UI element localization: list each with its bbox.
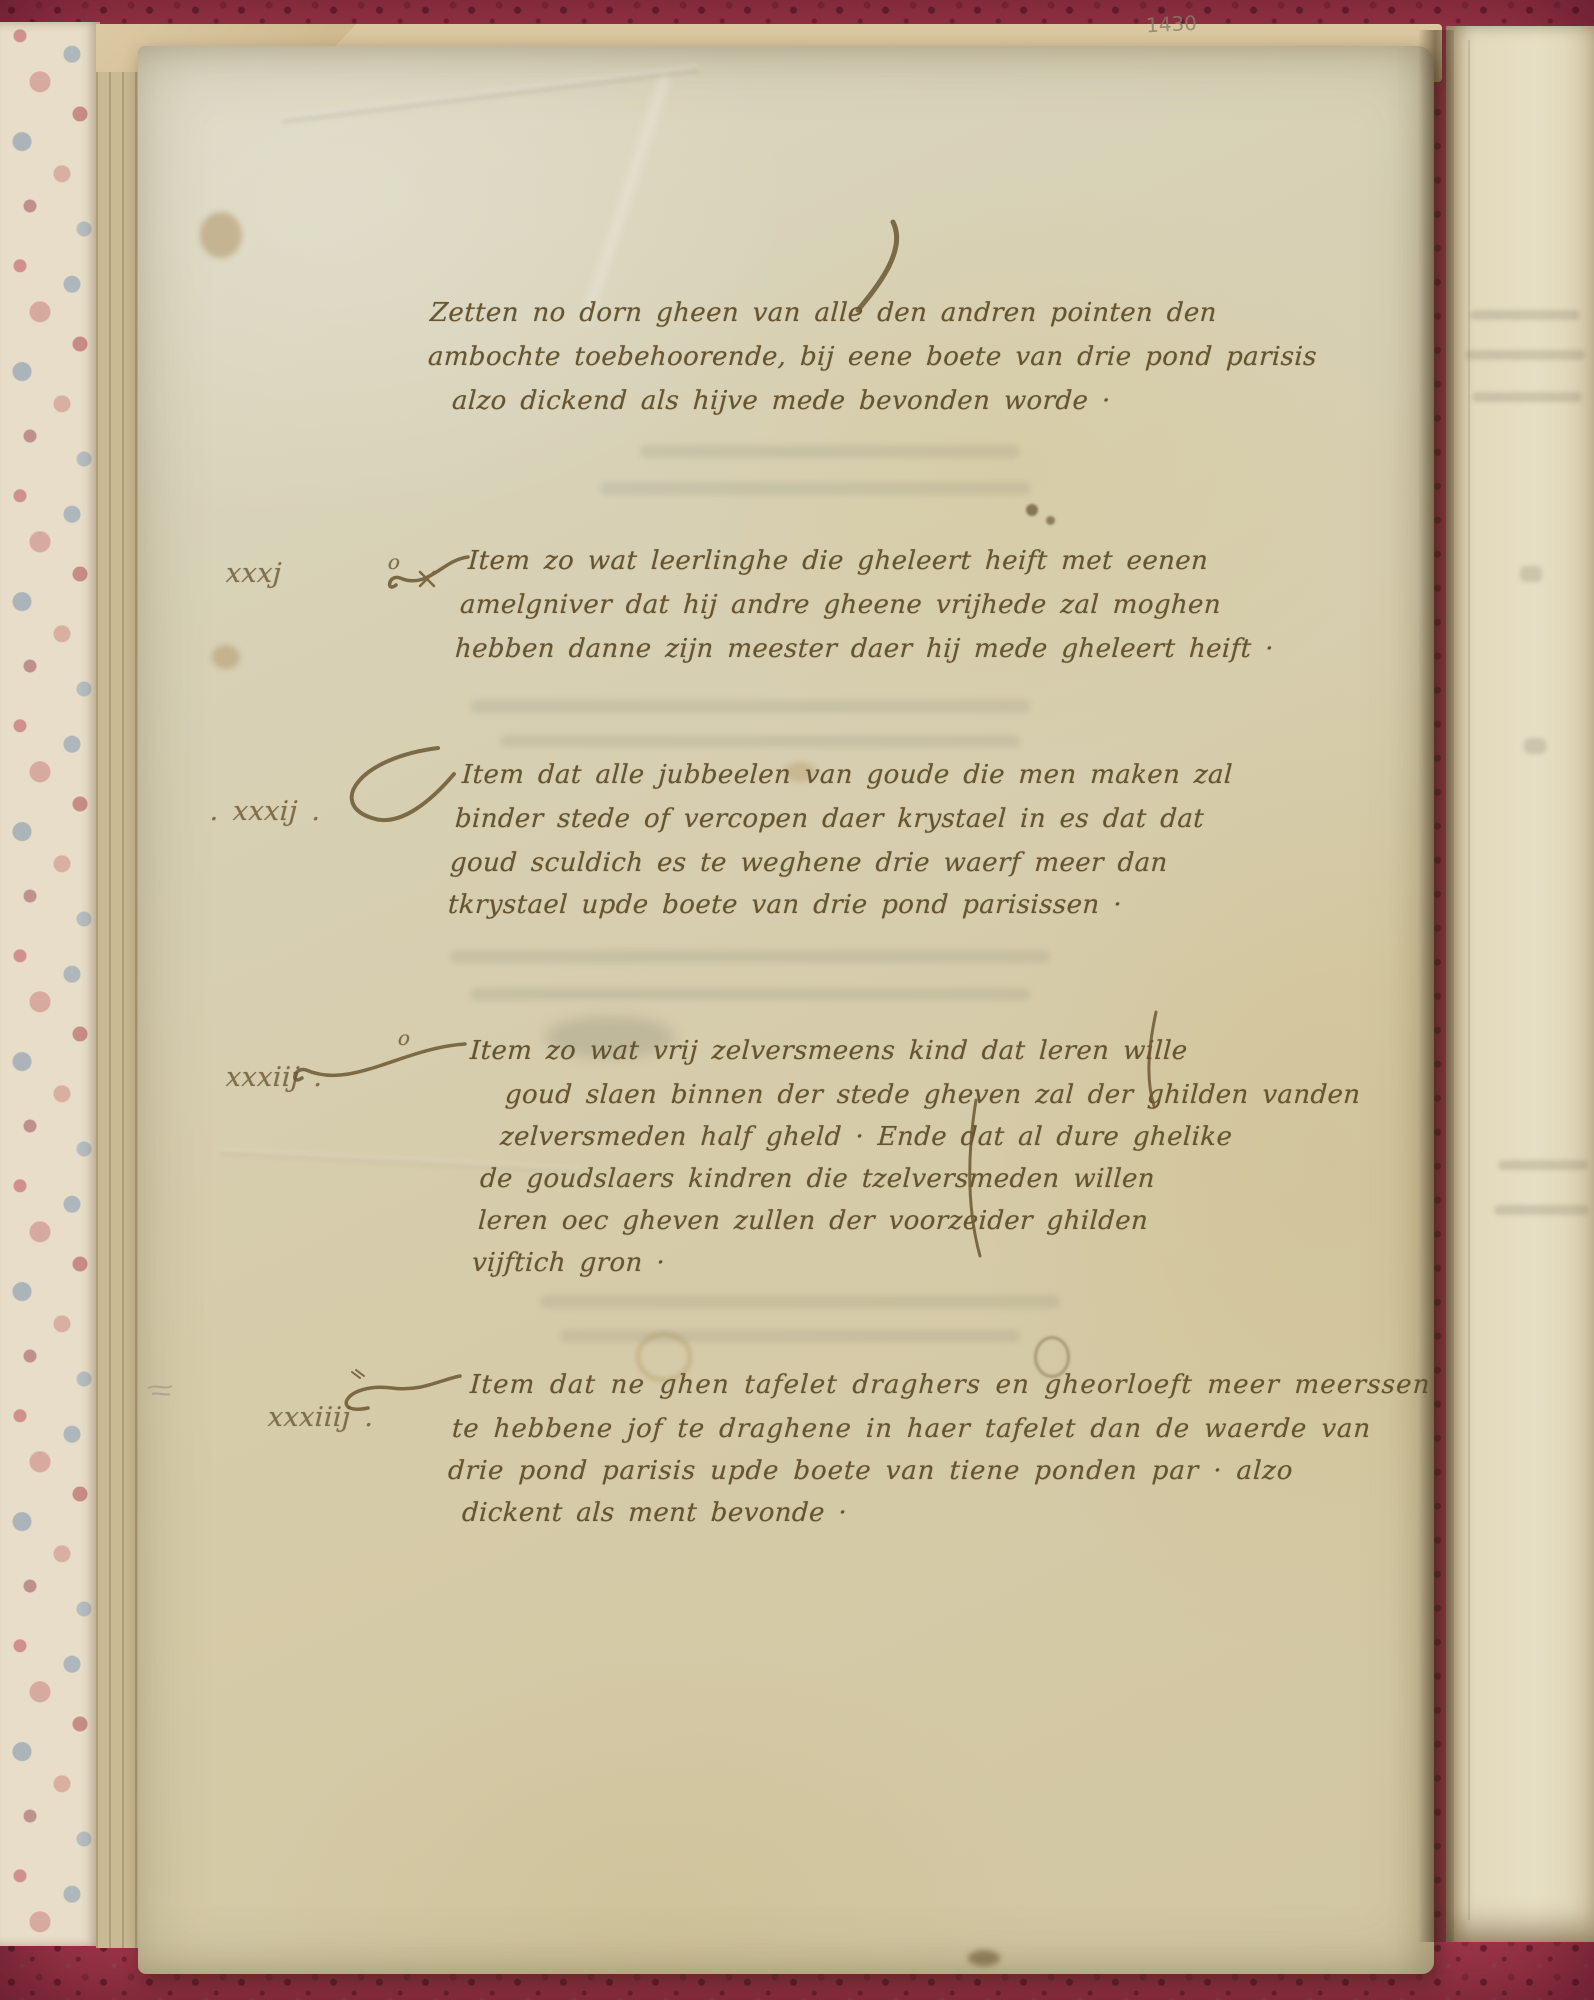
- manuscript-line: ambochte toebehoorende, bij eene boete v…: [427, 342, 1317, 372]
- showthrough-line: [640, 445, 1020, 458]
- manuscript-line: Item zo wat leerlinghe die gheleert heif…: [467, 546, 1209, 576]
- margin-item-number: xxxiij .: [225, 1062, 323, 1093]
- facing-page-mark: [1524, 738, 1546, 754]
- facing-page-crease: [1468, 40, 1470, 1920]
- facing-page-showthrough: [1494, 1205, 1589, 1215]
- gutter-shadow: [1418, 30, 1454, 1942]
- showthrough-line: [450, 950, 1050, 963]
- showthrough-line: [470, 988, 1030, 1000]
- manuscript-line: goud sculdich es te weghene drie waerf m…: [449, 848, 1168, 878]
- parchment-stain: [200, 212, 242, 258]
- parchment-page: [138, 46, 1434, 1974]
- facing-page-showthrough: [1498, 1160, 1588, 1170]
- folio-number: 1430: [1145, 11, 1197, 38]
- facing-page-showthrough: [1472, 392, 1582, 402]
- manuscript-line: Item zo wat vrij zelversmeens kind dat l…: [469, 1036, 1188, 1066]
- showthrough-line: [470, 700, 1030, 713]
- facing-page-mark: [1520, 566, 1542, 582]
- manuscript-line: goud slaen binnen der stede gheven zal d…: [504, 1080, 1361, 1110]
- showthrough-line: [540, 1295, 1060, 1308]
- margin-item-number: xxxiiij .: [267, 1402, 374, 1433]
- manuscript-line: alzo dickend als hijve mede bevonden wor…: [451, 386, 1111, 416]
- manuscript-line: amelgniver dat hij andre gheene vrijhede…: [459, 590, 1222, 620]
- manuscript-line: Zetten no dorn gheen van alle den andren…: [429, 298, 1217, 328]
- marbled-endpaper: [0, 22, 100, 1946]
- facing-page-showthrough: [1465, 350, 1585, 360]
- manuscript-line: dickent als ment bevonde ·: [461, 1498, 848, 1528]
- manuscript-line: Item dat ne ghen tafelet draghers en ghe…: [469, 1370, 1431, 1400]
- ink-spot: [1026, 504, 1038, 516]
- manuscript-line: zelversmeden half gheld · Ende dat al du…: [499, 1122, 1233, 1152]
- ink-spot: [1046, 516, 1055, 525]
- manuscript-line: leren oec gheven zullen der voorzeider g…: [477, 1206, 1149, 1236]
- margin-item-number: xxxj: [225, 558, 282, 589]
- showthrough-line: [600, 482, 1030, 495]
- manuscript-line: te hebbene jof te draghene in haer tafel…: [451, 1414, 1372, 1444]
- showthrough-line: [500, 735, 1020, 747]
- manuscript-line: binder stede of vercopen daer krystael i…: [454, 804, 1205, 834]
- showthrough-line: [560, 1330, 1020, 1342]
- manuscript-line: vijftich gron ·: [471, 1248, 666, 1278]
- manuscript-line: tkrystael upde boete van drie pond paris…: [447, 890, 1123, 920]
- manuscript-line: drie pond parisis upde boete van tiene p…: [447, 1456, 1294, 1486]
- margin-item-number: . xxxij .: [209, 796, 321, 827]
- facing-page-showthrough: [1470, 310, 1580, 320]
- manuscript-line: hebben danne zijn meester daer hij mede …: [454, 634, 1274, 664]
- paraph-o-mark: o: [397, 1026, 411, 1050]
- paraph-o-mark: o: [387, 550, 401, 574]
- manuscript-line: Item dat alle jubbeelen van goude die me…: [461, 760, 1233, 790]
- edge-stain: [968, 1950, 1000, 1966]
- manuscript-line: de goudslaers kindren die tzelversmeden …: [479, 1164, 1156, 1194]
- parchment-stain: [212, 645, 240, 669]
